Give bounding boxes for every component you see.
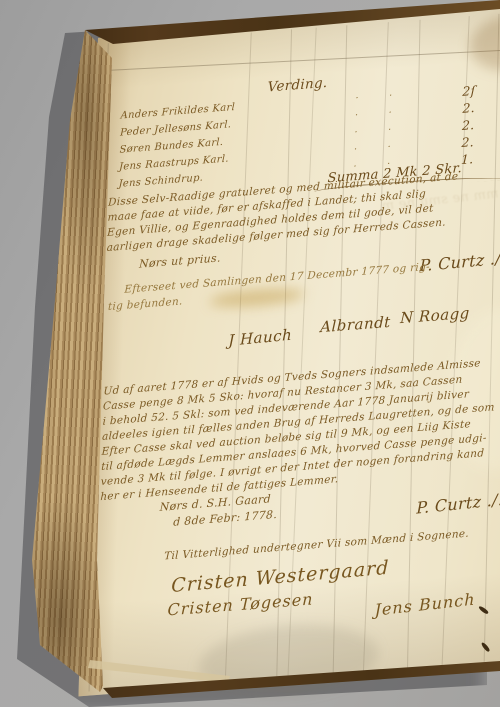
signature-bunch: Jens Bunch [375,589,476,619]
ruled-line-horizontal [97,47,500,72]
ruled-line [407,20,421,668]
photo-canvas: { "meta": { "description": "Photograph o… [0,0,500,707]
signature-curtz-1: P. Curtz ./. [419,248,500,275]
signature-hauch: J Hauch [228,326,292,350]
signature-albrandt: Albrandt [320,313,391,336]
signature-roagg: N Roagg [400,304,470,327]
body-paragraph-2: Ud af aaret 1778 er af Hvids og Tveds So… [100,355,496,505]
witness-line: Til Vitterlighed undertegner Vii som Mæn… [164,527,469,565]
stain [469,12,500,73]
closing-place: Nørs ut prius. [139,251,221,270]
page-sheet: mm ne smu ne m Verding. Anders Frikildes… [78,3,500,697]
